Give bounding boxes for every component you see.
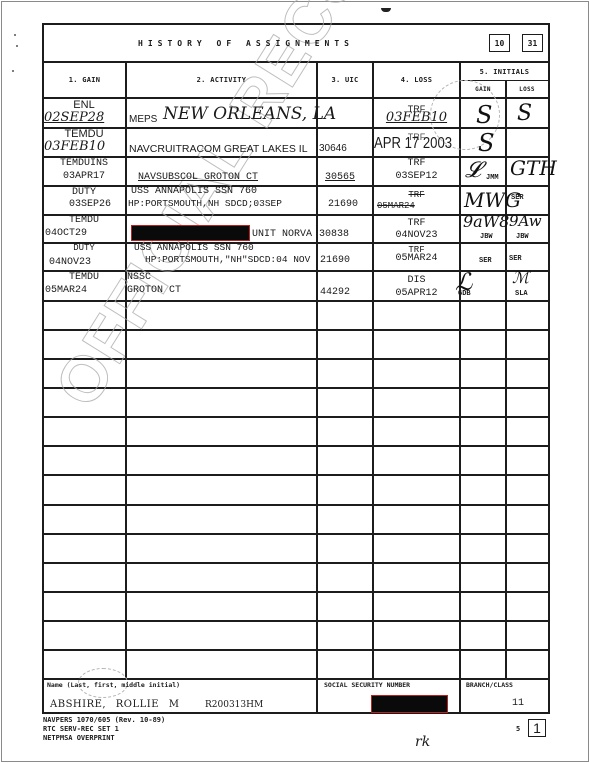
- ssn-label: SOCIAL SECURITY NUMBER: [324, 681, 410, 689]
- initials-loss-signature: 9Aw: [509, 214, 542, 229]
- grid-line: [42, 649, 550, 651]
- column-header-initials: 5. INITIALS: [461, 63, 548, 80]
- loss-date-stamp: APR 17 2003: [374, 138, 452, 150]
- speck: [12, 70, 14, 72]
- uic-value: 21690: [328, 199, 358, 211]
- grid-line: [42, 504, 550, 506]
- initials-loss-text: SLA: [515, 290, 528, 298]
- ssn-redacted: [371, 695, 448, 713]
- uic-value: 21690: [320, 255, 350, 267]
- grid-line: [42, 416, 550, 418]
- initials-gain-text: SER: [479, 257, 492, 265]
- speck: [16, 45, 18, 47]
- initials-gain-signature: 9aW8: [463, 214, 509, 230]
- name-value: ABSHIRE, ROLLIE M: [50, 699, 179, 710]
- uic-value: 30565: [325, 172, 355, 184]
- loss-date: 03FEB10: [374, 112, 459, 124]
- initials-loss-signature: S: [517, 103, 532, 125]
- page-number-box: 1: [528, 719, 546, 737]
- column-header-loss: 4. LOSS: [374, 63, 459, 97]
- gain-date: 03APR17: [44, 171, 124, 183]
- branch-value: 11: [512, 698, 524, 709]
- grid-line: [42, 533, 550, 535]
- column-header-initials-gain: GAIN: [461, 81, 505, 97]
- loss-date: 05MAR24: [374, 253, 459, 265]
- activity-line-2: GROTON CT: [127, 285, 181, 297]
- grid-line: [125, 61, 127, 679]
- grid-line: [372, 61, 374, 679]
- initials-gain-text: JMM: [486, 174, 499, 182]
- gain-date: 03FEB10: [44, 141, 126, 153]
- grid-line: [42, 445, 550, 447]
- loss-date: 03SEP12: [374, 171, 459, 183]
- form-number-box-right: 31: [522, 34, 543, 52]
- loss-type: TRF: [374, 158, 459, 170]
- gain-type: TEMDU: [44, 272, 124, 284]
- initials-loss-signature: ℳ: [512, 270, 529, 286]
- column-header-gain: 1. GAIN: [44, 63, 125, 97]
- initials-gain-text: JBW: [480, 233, 493, 241]
- redacted-activity: [131, 225, 250, 241]
- form-number: NAVPERS 1070/605 (Rev. 10-89): [43, 716, 165, 725]
- initials-gain-signature: S: [478, 131, 494, 155]
- column-header-uic: 3. UIC: [318, 63, 372, 97]
- grid-line: [42, 562, 550, 564]
- gain-date: 04NOV23: [49, 257, 91, 269]
- gain-date: 05MAR24: [45, 285, 87, 297]
- grid-line: [505, 80, 507, 679]
- activity-line-2: HP:PORTSMOUTH,"NH"SDCD:04 NOV: [145, 254, 310, 266]
- grid-line: [42, 678, 550, 680]
- activity-line-1: USS ANNAPOLIS SSN 760: [134, 242, 254, 254]
- gain-type: DUTY: [44, 187, 124, 199]
- grid-line: [42, 712, 550, 714]
- grid-line: [42, 329, 550, 331]
- branch-label: BRANCH/CLASS: [466, 681, 513, 689]
- grid-line: [42, 300, 550, 302]
- handwritten-mark: rk: [415, 734, 430, 750]
- activity-line-1: NAVCRUITRACOM GREAT LAKES IL: [129, 143, 308, 155]
- activity-line-1: USS ANNAPOLIS SSN 760: [131, 186, 257, 198]
- gain-date: 03SEP26: [52, 199, 128, 211]
- activity-line-1: NAVSUBSCOL GROTON CT: [138, 172, 258, 184]
- gain-type: DUTY: [44, 242, 124, 254]
- speck: [14, 34, 16, 36]
- page-prefix: 5: [516, 725, 520, 733]
- initials-gain-text: GDB: [458, 290, 471, 298]
- grid-line: [42, 358, 550, 360]
- loss-type: TRF: [374, 218, 459, 230]
- gain-type: TEMDUINS: [44, 158, 124, 170]
- loss-date: 05APR12: [374, 288, 459, 300]
- activity-line-2: NEW ORLEANS, LA: [163, 108, 336, 120]
- form-set: RTC SERV-REC SET 1: [43, 725, 119, 734]
- initials-gain-signature: S: [476, 103, 492, 127]
- form-title: HISTORY OF ASSIGNMENTS: [42, 24, 450, 62]
- form-overprint: NETPMSA OVERPRINT: [43, 734, 115, 743]
- grid-line: [42, 620, 550, 622]
- initials-loss-text: SER: [511, 194, 524, 202]
- column-header-initials-loss: LOSS: [506, 81, 548, 97]
- loss-date: 05MAR24: [377, 200, 415, 212]
- activity-line-1: MEPS: [129, 114, 157, 126]
- grid-line: [42, 387, 550, 389]
- column-header-activity: 2. ACTIVITY: [127, 63, 316, 97]
- initials-loss-signature: GTH: [510, 158, 557, 178]
- loss-date: 04NOV23: [374, 230, 459, 242]
- initials-loss-text: SER: [509, 255, 522, 263]
- initials-gain-signature: 𝓛: [465, 160, 481, 182]
- gain-date: 04OCT29: [45, 228, 87, 240]
- gain-type: TEMDU: [44, 215, 124, 227]
- activity-line-1: UNIT NORVA: [252, 229, 312, 241]
- form-number-box-left: 10: [489, 34, 510, 52]
- uic-value: 30646: [319, 143, 347, 155]
- grid-line: [42, 591, 550, 593]
- grid-line: [42, 474, 550, 476]
- initials-loss-text: JBW: [516, 233, 529, 241]
- name-code: R200313HM: [205, 700, 263, 710]
- gain-date: 02SEP28: [44, 112, 126, 124]
- activity-line-2: HP:PORTSMOUTH,NH SDCD;03SEP: [128, 198, 282, 210]
- loss-type: DIS: [374, 275, 459, 287]
- name-label: Name (Last, first, middle initial): [47, 681, 180, 689]
- uic-value: 30838: [319, 229, 349, 241]
- activity-line-1: NSSC: [127, 272, 151, 284]
- uic-value: 44292: [320, 287, 350, 299]
